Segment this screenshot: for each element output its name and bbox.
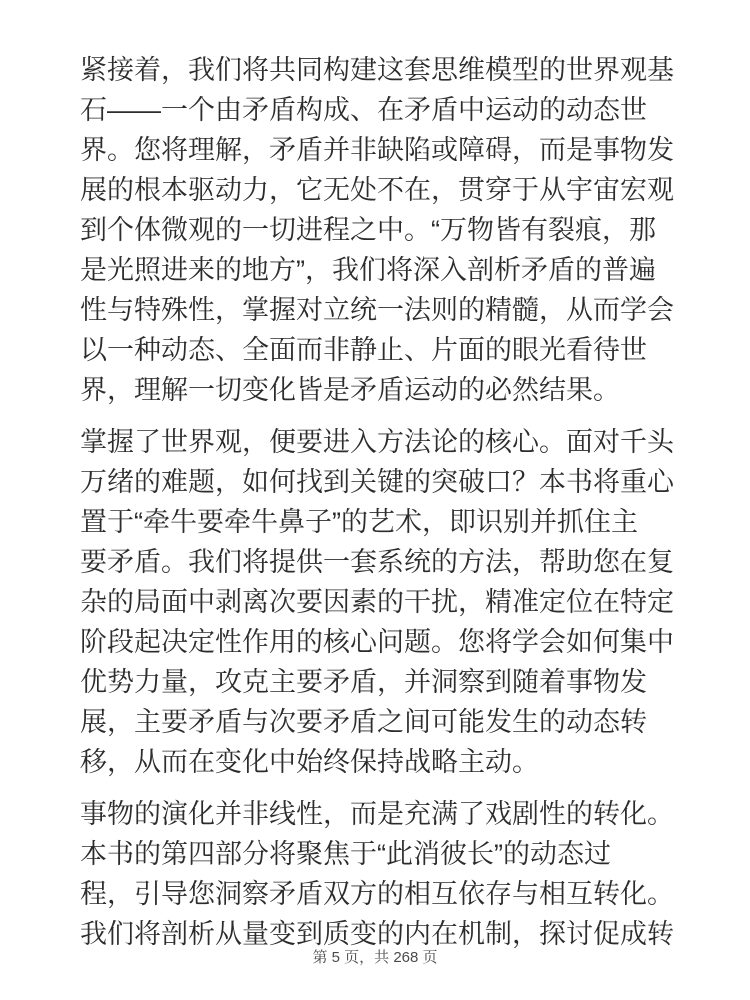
text-line: 是光照进来的地方”，我们将深入剖析矛盾的普遍 xyxy=(80,250,680,290)
text-line: 性与特殊性，掌握对立统一法则的精髓，从而学会 xyxy=(80,290,680,330)
paragraph: 掌握了世界观，便要进入方法论的核心。面对千头万绪的难题，如何找到关键的突破口？本… xyxy=(80,422,680,782)
text-line: 界，理解一切变化皆是矛盾运动的必然结果。 xyxy=(80,370,680,410)
text-line: 要矛盾。我们将提供一套系统的方法，帮助您在复 xyxy=(80,542,680,582)
paragraph: 事物的演化并非线性，而是充满了戏剧性的转化。本书的第四部分将聚焦于“此消彼长”的… xyxy=(80,794,680,954)
text-line: 移，从而在变化中始终保持战略主动。 xyxy=(80,742,680,782)
text-line: 优势力量，攻克主要矛盾，并洞察到随着事物发 xyxy=(80,662,680,702)
text-line: 以一种动态、全面而非静止、片面的眼光看待世 xyxy=(80,330,680,370)
text-line: 置于“牵牛要牵牛鼻子”的艺术，即识别并抓住主 xyxy=(80,502,680,542)
paragraph: 紧接着，我们将共同构建这套思维模型的世界观基石——一个由矛盾构成、在矛盾中运动的… xyxy=(80,50,680,410)
text-line: 程，引导您洞察矛盾双方的相互依存与相互转化。 xyxy=(80,874,680,914)
text-line: 万绪的难题，如何找到关键的突破口？本书将重心 xyxy=(80,462,680,502)
text-line: 阶段起决定性作用的核心问题。您将学会如何集中 xyxy=(80,622,680,662)
text-line: 展，主要矛盾与次要矛盾之间可能发生的动态转 xyxy=(80,702,680,742)
text-line: 到个体微观的一切进程之中。“万物皆有裂痕，那 xyxy=(80,210,680,250)
text-line: 事物的演化并非线性，而是充满了戏剧性的转化。 xyxy=(80,794,680,834)
document-page: 紧接着，我们将共同构建这套思维模型的世界观基石——一个由矛盾构成、在矛盾中运动的… xyxy=(0,0,750,1000)
text-line: 杂的局面中剥离次要因素的干扰，精准定位在特定 xyxy=(80,582,680,622)
document-body: 紧接着，我们将共同构建这套思维模型的世界观基石——一个由矛盾构成、在矛盾中运动的… xyxy=(80,50,680,966)
page-number-indicator: 第 5 页，共 268 页 xyxy=(0,948,750,968)
text-line: 界。您将理解，矛盾并非缺陷或障碍，而是事物发 xyxy=(80,130,680,170)
text-line: 紧接着，我们将共同构建这套思维模型的世界观基 xyxy=(80,50,680,90)
text-line: 本书的第四部分将聚焦于“此消彼长”的动态过 xyxy=(80,834,680,874)
text-line: 石——一个由矛盾构成、在矛盾中运动的动态世 xyxy=(80,90,680,130)
text-line: 掌握了世界观，便要进入方法论的核心。面对千头 xyxy=(80,422,680,462)
text-line: 展的根本驱动力，它无处不在，贯穿于从宇宙宏观 xyxy=(80,170,680,210)
page-indicator-text: 第 5 页，共 268 页 xyxy=(312,949,437,966)
